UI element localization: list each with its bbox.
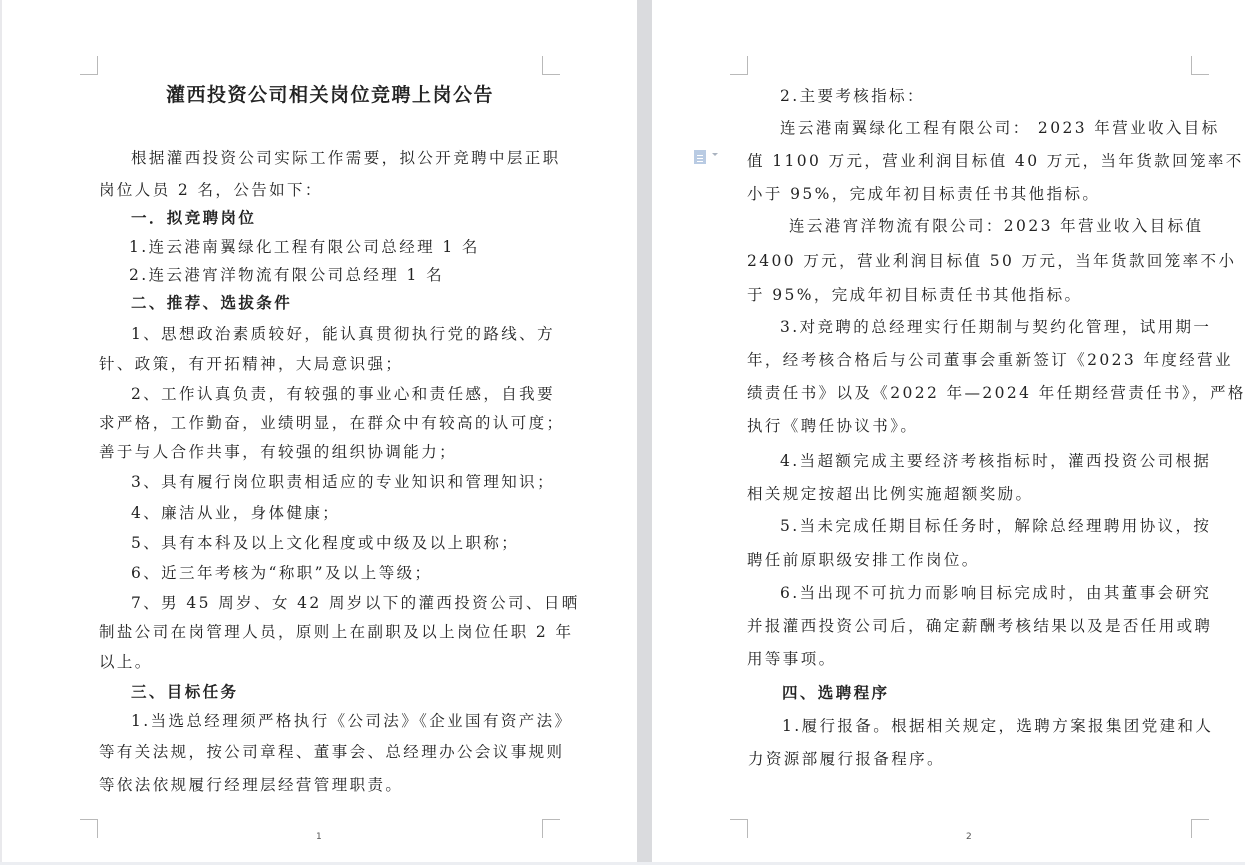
paragraph-line: 值 1100 万元，营业利润目标值 40 万元，当年货款回笼率不 bbox=[747, 149, 1244, 171]
section-heading: 四、选聘程序 bbox=[782, 681, 889, 703]
paragraph-line: 于 95%，完成年初目标责任书其他指标。 bbox=[747, 283, 1082, 305]
document-icon[interactable] bbox=[694, 150, 706, 164]
paragraph-line: 针、政策，有开拓精神，大局意识强； bbox=[99, 352, 403, 374]
paragraph-line: 连云港南翼绿化工程有限公司： 2023 年营业收入目标 bbox=[780, 116, 1220, 138]
paragraph-line: 1.当选总经理须严格执行《公司法》《企业国有资产法》 bbox=[131, 709, 572, 731]
paragraph-line: 执行《聘任协议书》。 bbox=[747, 414, 918, 436]
paragraph-line: 以上。 bbox=[99, 650, 153, 672]
paragraph-line: 制盐公司在岗管理人员，原则上在副职及以上岗位任职 2 年 bbox=[99, 620, 573, 642]
paragraph-line: 力资源部履行报备程序。 bbox=[748, 747, 945, 769]
paragraph-line: 3、具有履行岗位职责相适应的专业知识和管理知识； bbox=[131, 470, 555, 492]
paragraph-line: 4、廉洁从业，身体健康； bbox=[131, 501, 340, 523]
paragraph-line: 2、工作认真负责，有较强的事业心和责任感，自我要 bbox=[131, 382, 555, 404]
paragraph-line: 2.主要考核指标： bbox=[780, 84, 925, 106]
paragraph-line: 相关规定按超出比例实施超额奖励。 bbox=[747, 482, 1033, 504]
margin-corner-mark bbox=[80, 56, 98, 75]
paragraph-line: 用等事项。 bbox=[747, 647, 837, 669]
paragraph-line: 1.履行报备。根据相关规定，选聘方案报集团党建和人 bbox=[782, 714, 1213, 736]
paragraph-line: 聘任前原职级安排工作岗位。 bbox=[747, 548, 980, 570]
paragraph-line: 7、男 45 周岁、女 42 周岁以下的灌西投资公司、日晒 bbox=[131, 591, 580, 613]
paragraph-line: 等依法依规履行经理层经营管理职责。 bbox=[99, 773, 403, 795]
section-heading: 二、推荐、选拔条件 bbox=[131, 291, 292, 313]
margin-corner-mark bbox=[542, 56, 560, 75]
margin-corner-mark bbox=[80, 819, 98, 838]
paragraph-line: 连云港宵洋物流有限公司：2023 年营业收入目标值 bbox=[789, 214, 1203, 236]
paragraph-line: 1、思想政治素质较好，能认真贯彻执行党的路线、方 bbox=[131, 322, 555, 344]
margin-corner-mark bbox=[1191, 819, 1209, 838]
paragraph-line: 5.当未完成任期目标任务时，解除总经理聘用协议，按 bbox=[780, 514, 1211, 536]
margin-corner-mark bbox=[1191, 56, 1209, 75]
margin-corner-mark bbox=[730, 819, 748, 838]
page-number: 2 bbox=[966, 832, 972, 842]
margin-corner-mark bbox=[730, 56, 748, 75]
paragraph-line: 等有关法规，按公司章程、董事会、总经理办公会议事规则 bbox=[99, 740, 564, 762]
paragraph-line: 4.当超额完成主要经济考核指标时，灌西投资公司根据 bbox=[780, 449, 1211, 471]
paragraph-line: 求严格，工作勤奋，业绩明显，在群众中有较高的认可度； bbox=[99, 411, 564, 433]
paragraph-line: 并报灌西投资公司后，确定薪酬考核结果以及是否任用或聘 bbox=[747, 614, 1212, 636]
section-heading: 一．拟竞聘岗位 bbox=[131, 206, 256, 228]
document-title: 灌西投资公司相关岗位竞聘上岗公告 bbox=[166, 80, 494, 107]
paragraph-line: 2.连云港宵洋物流有限公司总经理 1 名 bbox=[129, 263, 444, 285]
paragraph-line: 根据灌西投资公司实际工作需要，拟公开竞聘中层正职 bbox=[131, 146, 561, 168]
paragraph-line: 5、具有本科及以上文化程度或中级及以上职称； bbox=[131, 531, 519, 553]
paragraph-line: 2400 万元，营业利润目标值 50 万元，当年货款回笼率不小 bbox=[747, 249, 1236, 271]
margin-corner-mark bbox=[542, 819, 560, 838]
section-heading: 三、目标任务 bbox=[131, 680, 238, 702]
paragraph-line: 岗位人员 2 名，公告如下： bbox=[99, 178, 323, 200]
page-gutter bbox=[637, 0, 652, 865]
paragraph-line: 6.当出现不可抗力而影响目标完成时，由其董事会研究 bbox=[780, 581, 1211, 603]
page-number: 1 bbox=[316, 832, 322, 842]
paragraph-line: 年，经考核合格后与公司董事会重新签订《2023 年度经营业 bbox=[747, 348, 1233, 370]
paragraph-line: 1.连云港南翼绿化工程有限公司总经理 1 名 bbox=[129, 235, 480, 257]
paragraph-line: 3.对竞聘的总经理实行任期制与契约化管理，试用期一 bbox=[780, 315, 1211, 337]
paragraph-line: 善于与人合作共事，有较强的组织协调能力； bbox=[99, 440, 457, 462]
paragraph-line: 小于 95%，完成年初目标责任书其他指标。 bbox=[747, 182, 1100, 204]
paragraph-line: 6、近三年考核为“称职”及以上等级； bbox=[131, 561, 432, 583]
chevron-down-icon[interactable] bbox=[712, 153, 718, 156]
paragraph-line: 绩责任书》以及《2022 年—2024 年任期经营责任书》，严格 bbox=[747, 381, 1245, 403]
